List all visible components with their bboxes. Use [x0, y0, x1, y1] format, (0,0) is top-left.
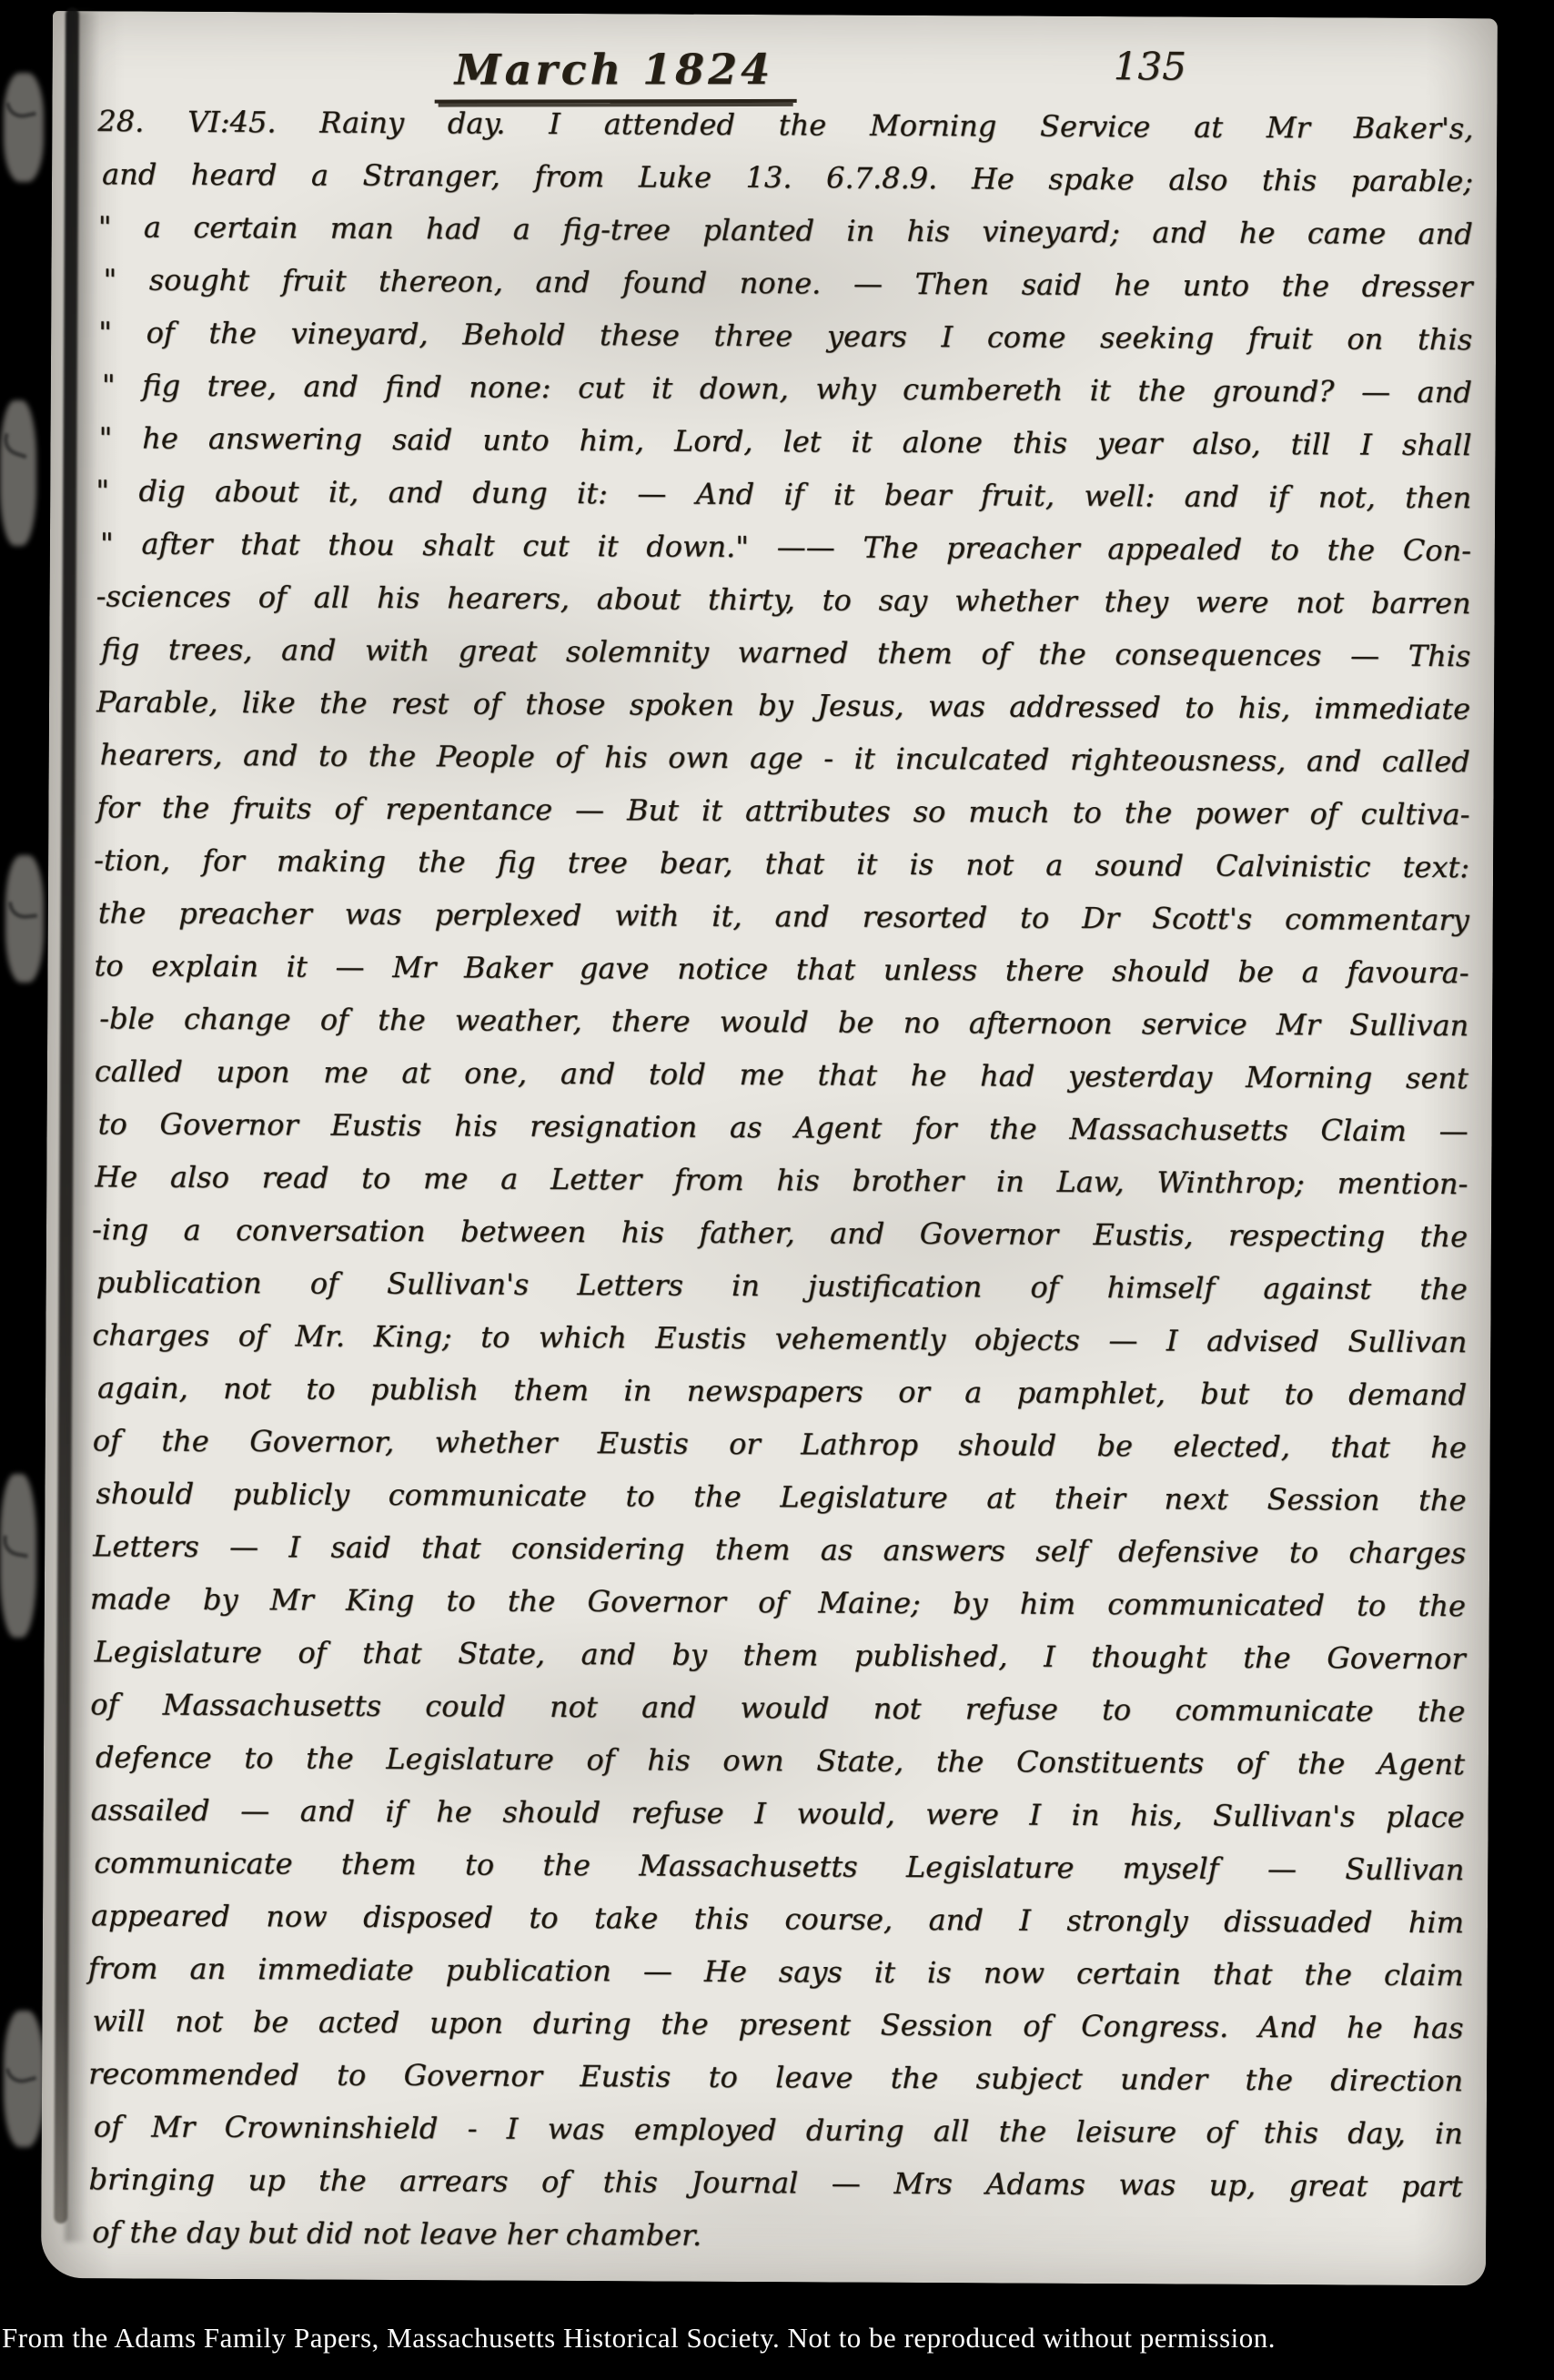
manuscript-line: made by Mr King to the Governor of Maine…	[90, 1572, 1466, 1632]
manuscript-line: recommended to Governor Eustis to leave …	[88, 2047, 1463, 2107]
manuscript-line: publication of Sullivan's Letters in jus…	[96, 1256, 1468, 1316]
manuscript-line: He also read to me a Letter from his bro…	[95, 1150, 1468, 1210]
manuscript-line: " a certain man had a fig-tree planted i…	[98, 200, 1473, 260]
manuscript-line: " fig tree, and find none: cut it down, …	[102, 358, 1472, 419]
manuscript-line: " sought fruit thereon, and found none. …	[103, 253, 1472, 313]
manuscript-line: the preacher was perplexed with it, and …	[98, 886, 1469, 946]
manuscript-line: of Mr Crowninshield - I was employed dur…	[94, 2100, 1463, 2160]
archive-caption: From the Adams Family Papers, Massachuse…	[2, 2322, 1549, 2355]
manuscript-line: communicate them to the Massachusetts Le…	[94, 1836, 1464, 1896]
page-title: March 1824	[435, 45, 798, 104]
manuscript-text: 28. VI:45. Rainy day. I attended the Mor…	[86, 95, 1473, 2265]
manuscript-line: of the Governor, whether Eustis or Lathr…	[93, 1414, 1467, 1474]
paper-patch	[5, 855, 44, 983]
manuscript-line: " after that thou shalt cut it down." ——…	[100, 517, 1471, 577]
paper-patch	[4, 73, 44, 182]
manuscript-line: 28. VI:45. Rainy day. I attended the Mor…	[97, 95, 1473, 155]
paper-patch	[0, 400, 36, 546]
manuscript-line: from an immediate publication — He says …	[88, 1941, 1464, 2002]
manuscript-line: bringing up the arrears of this Journal …	[88, 2153, 1462, 2213]
manuscript-line: appeared now disposed to take this cours…	[91, 1889, 1464, 1949]
manuscript-line: -ing a conversation between his father, …	[92, 1203, 1468, 1263]
manuscript-line: Letters — I said that considering them a…	[93, 1519, 1466, 1579]
manuscript-line: " he answering said unto him, Lord, let …	[98, 411, 1471, 471]
manuscript-line: should publicly communicate to the Legis…	[96, 1467, 1466, 1527]
manuscript-line: fig trees, and with great solemnity warn…	[101, 622, 1470, 682]
manuscript-line: defence to the Legislature of his own St…	[96, 1730, 1465, 1790]
manuscript-line: of Massachusetts could not and would not…	[90, 1678, 1465, 1738]
manuscript-line: and heard a Stranger, from Luke 13. 6.7.…	[102, 147, 1473, 207]
manuscript-line: of the day but did not leave her chamber…	[92, 2205, 1462, 2265]
manuscript-line: " dig about it, and dung it: — And if it…	[96, 464, 1471, 524]
manuscript-line: for the fruits of repentance — But it at…	[96, 781, 1469, 841]
manuscript-line: to explain it — Mr Baker gave notice tha…	[94, 939, 1468, 999]
manuscript-line: " of the vineyard, Behold these three ye…	[98, 306, 1472, 366]
manuscript-line: Legislature of that State, and by them p…	[94, 1625, 1465, 1685]
manuscript-line: assailed — and if he should refuse I wou…	[90, 1783, 1464, 1843]
manuscript-line: hearers, and to the People of his own ag…	[100, 728, 1470, 788]
manuscript-line: -tion, for making the fig tree bear, tha…	[94, 833, 1469, 893]
manuscript-line: -sciences of all his hearers, about thir…	[96, 570, 1470, 630]
page-number: 135	[1114, 44, 1186, 88]
manuscript-line: will not be acted upon during the presen…	[92, 1994, 1463, 2054]
manuscript-line: to Governor Eustis his resignation as Ag…	[97, 1097, 1468, 1157]
manuscript-line: charges of Mr. King; to which Eustis veh…	[92, 1308, 1467, 1368]
manuscript-line: again, not to publish them in newspapers…	[97, 1361, 1467, 1421]
scan-background: March 1824 135 28. VI:45. Rainy day. I a…	[0, 0, 1554, 2380]
manuscript-line: called upon me at one, and told me that …	[95, 1044, 1468, 1104]
manuscript-line: -ble change of the weather, there would …	[99, 992, 1468, 1052]
manuscript-page: March 1824 135 28. VI:45. Rainy day. I a…	[41, 11, 1498, 2285]
manuscript-line: Parable, like the rest of those spoken b…	[96, 675, 1470, 735]
